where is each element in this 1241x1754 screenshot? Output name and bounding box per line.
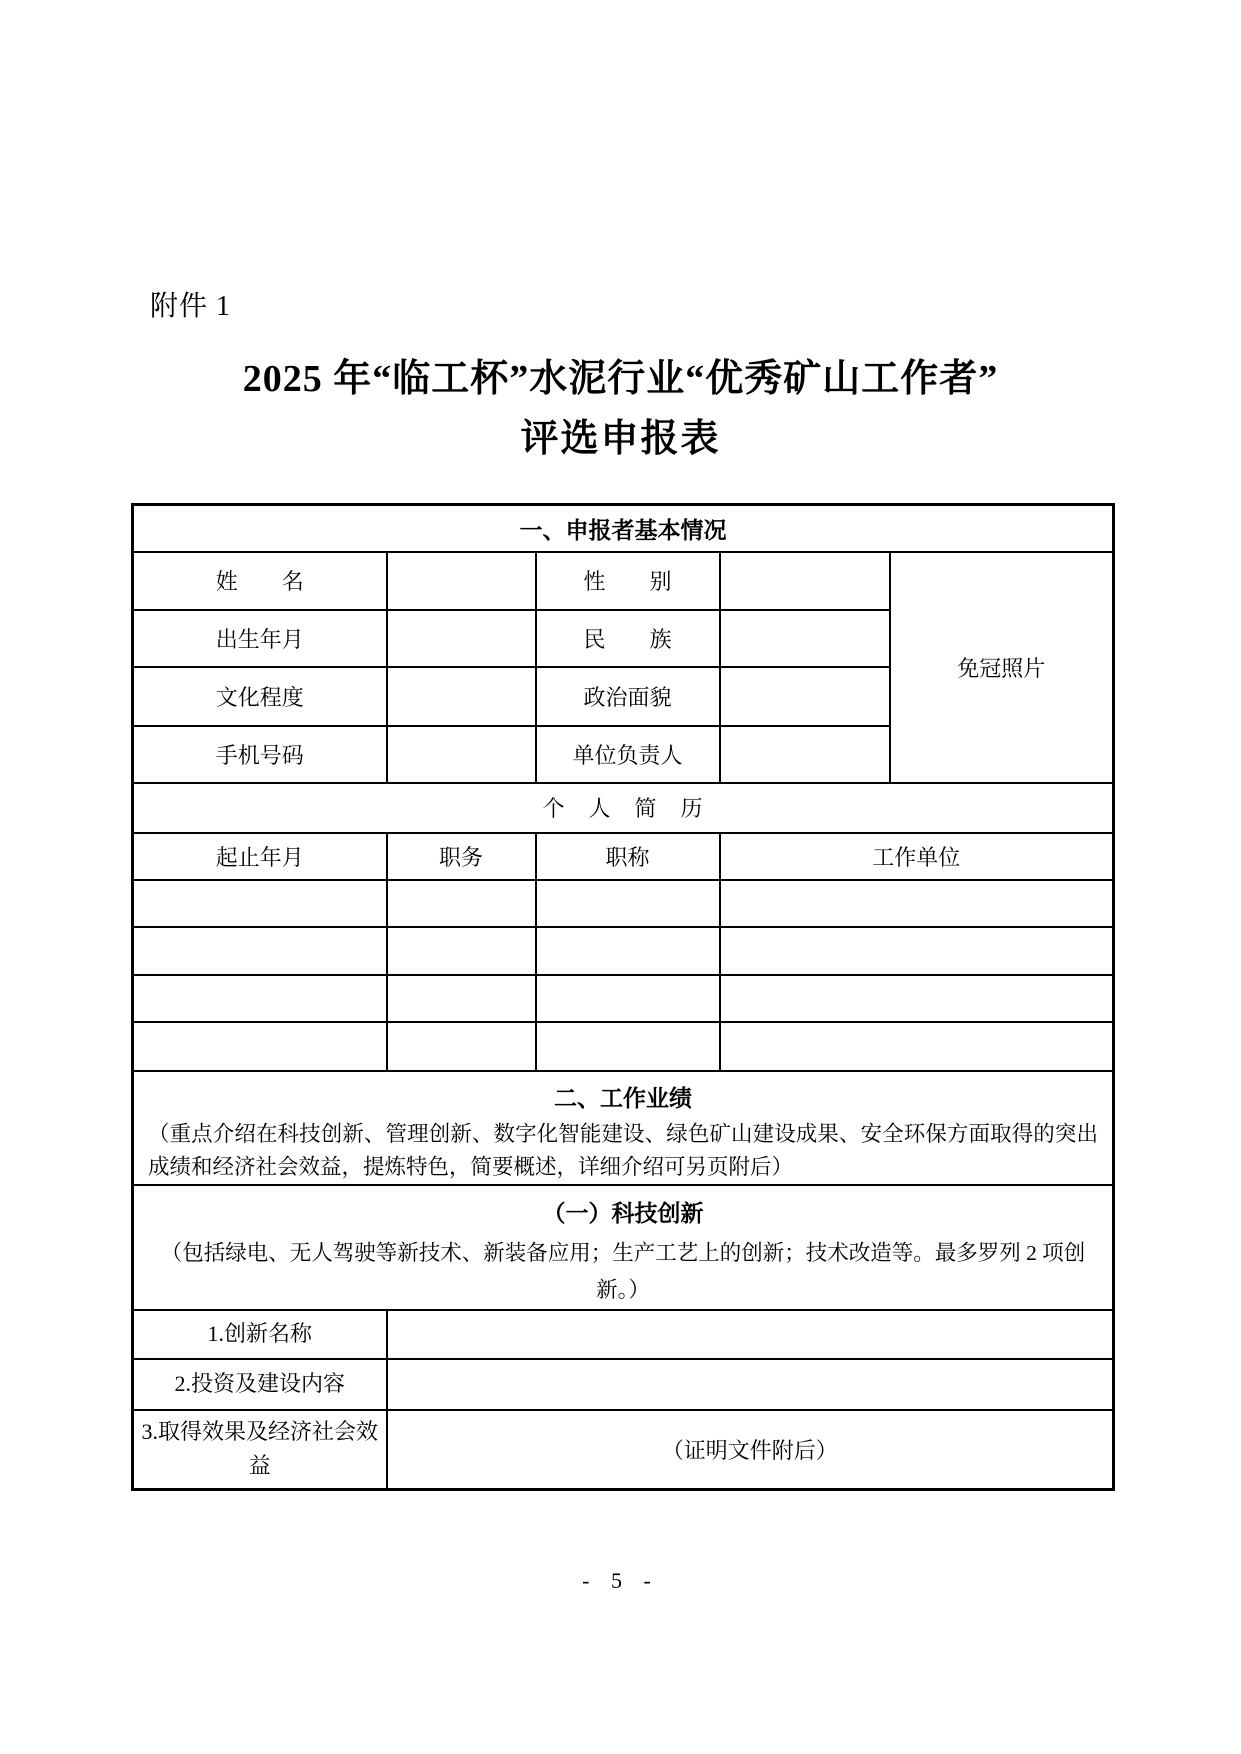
resume-blank-row [133,927,1114,975]
resume-period-cell [133,975,387,1022]
political-input-cell [720,667,890,726]
ethnic-label: 民 族 [536,610,720,667]
resume-blank-row [133,880,1114,927]
phone-label: 手机号码 [133,726,387,783]
birth-input-cell [387,610,536,667]
resume-col-employer: 工作单位 [720,833,1114,880]
phone-input-cell [387,726,536,783]
application-form-table: 一、申报者基本情况 姓 名 性 别 免冠照片 出生年月 民 族 文化程度 政治面… [131,503,1115,1491]
unit-head-input-cell [720,726,890,783]
resume-blank-row [133,975,1114,1022]
resume-employer-cell [720,880,1114,927]
resume-col-period: 起止年月 [133,833,387,880]
document-subtitle: 评选申报表 [0,419,1241,459]
gender-input-cell [720,552,890,610]
birth-label: 出生年月 [133,610,387,667]
political-label: 政治面貌 [536,667,720,726]
resume-period-cell [133,927,387,975]
education-input-cell [387,667,536,726]
resume-position-cell [387,927,536,975]
gender-label: 性 别 [536,552,720,610]
resume-col-position: 职务 [387,833,536,880]
section-basic-header: 一、申报者基本情况 [133,505,1114,552]
resume-position-cell [387,880,536,927]
section-tech-header: （一）科技创新 [134,1195,1112,1228]
resume-section-header: 个 人 简 历 [133,783,1114,833]
attachment-label: 附件 1 [150,292,231,322]
page-number: - 5 - [0,1568,1241,1594]
resume-position-cell [387,975,536,1022]
innovation-name-label: 1.创新名称 [133,1310,387,1359]
document-title: 2025 年“临工杯”水泥行业“优秀矿山工作者” [0,358,1241,400]
section-tech: （一）科技创新 （包括绿电、无人驾驶等新技术、新装备应用；生产工艺上的创新；技术… [134,1186,1112,1309]
resume-title-cell [536,880,720,927]
unit-head-label: 单位负责人 [536,726,720,783]
investment-content-input-cell [387,1359,1114,1410]
resume-title-cell [536,927,720,975]
resume-employer-cell [720,927,1114,975]
resume-period-cell [133,880,387,927]
resume-position-cell [387,1022,536,1071]
benefit-proof-note: （证明文件附后） [387,1410,1114,1490]
photo-cell: 免冠照片 [890,552,1114,783]
resume-col-title: 职称 [536,833,720,880]
document-page: 附件 1 2025 年“临工杯”水泥行业“优秀矿山工作者” 评选申报表 一、申报… [0,0,1241,1754]
section-performance-note: （重点介绍在科技创新、管理创新、数字化智能建设、绿色矿山建设成果、安全环保方面取… [148,1118,1098,1184]
innovation-name-input-cell [387,1310,1114,1359]
resume-period-cell [133,1022,387,1071]
resume-employer-cell [720,1022,1114,1071]
resume-title-cell [536,1022,720,1071]
resume-blank-row [133,1022,1114,1071]
resume-title-cell [536,975,720,1022]
education-label: 文化程度 [133,667,387,726]
name-label: 姓 名 [133,552,387,610]
ethnic-input-cell [720,610,890,667]
benefit-label: 3.取得效果及经济社会效益 [133,1410,387,1490]
section-performance: 二、工作业绩 （重点介绍在科技创新、管理创新、数字化智能建设、绿色矿山建设成果、… [134,1072,1112,1184]
title-block: 2025 年“临工杯”水泥行业“优秀矿山工作者” 评选申报表 [0,358,1241,459]
name-input-cell [387,552,536,610]
section-performance-header: 二、工作业绩 [134,1080,1112,1113]
section-tech-note: （包括绿电、无人驾驶等新技术、新装备应用；生产工艺上的创新；技术改造等。最多罗列… [156,1235,1091,1309]
resume-employer-cell [720,975,1114,1022]
investment-content-label: 2.投资及建设内容 [133,1359,387,1410]
